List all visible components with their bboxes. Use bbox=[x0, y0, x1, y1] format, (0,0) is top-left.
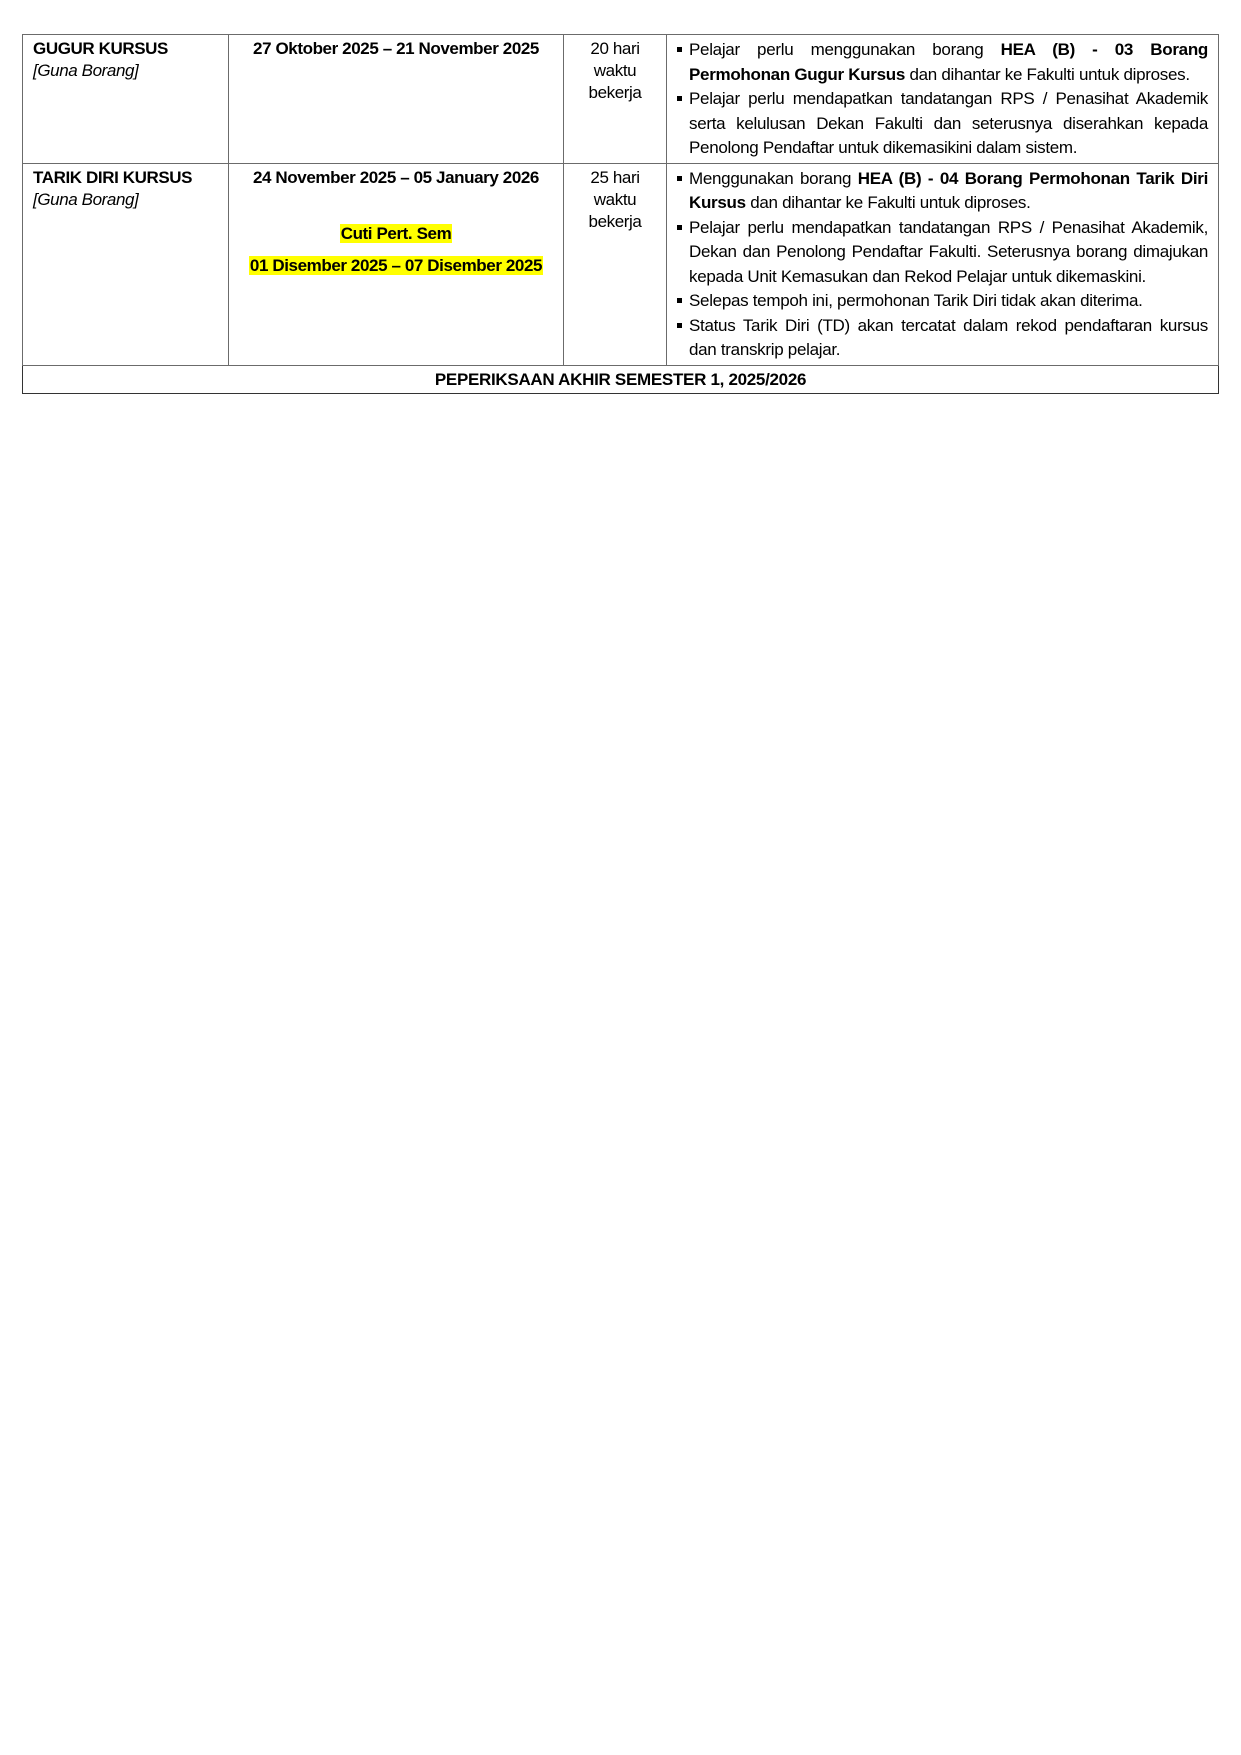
activity-title: TARIK DIRI KURSUS bbox=[33, 167, 218, 189]
activity-note: [Guna Borang] bbox=[33, 189, 218, 211]
activity-title: GUGUR KURSUS bbox=[33, 38, 218, 60]
note-item: Pelajar perlu mendapatkan tandatangan RP… bbox=[677, 87, 1208, 161]
duration-line: waktu bbox=[574, 189, 656, 211]
note-item: Pelajar perlu menggunakan borang HEA (B)… bbox=[677, 38, 1208, 87]
semester-break-range: 01 Disember 2025 – 07 Disember 2025 bbox=[249, 256, 543, 275]
duration-line: 20 hari bbox=[574, 38, 656, 60]
duration-line: bekerja bbox=[574, 211, 656, 233]
table-row: GUGUR KURSUS [Guna Borang] 27 Oktober 20… bbox=[23, 35, 1219, 164]
notes-cell: Pelajar perlu menggunakan borang HEA (B)… bbox=[667, 35, 1219, 164]
note-item: Pelajar perlu mendapatkan tandatangan RP… bbox=[677, 216, 1208, 290]
date-cell: 27 Oktober 2025 – 21 November 2025 bbox=[229, 35, 564, 164]
semester-break-block: Cuti Pert. Sem 01 Disember 2025 – 07 Dis… bbox=[239, 223, 553, 277]
note-item: Menggunakan borang HEA (B) - 04 Borang P… bbox=[677, 167, 1208, 216]
notes-list: Menggunakan borang HEA (B) - 04 Borang P… bbox=[677, 167, 1208, 363]
duration-line: 25 hari bbox=[574, 167, 656, 189]
duration-line: waktu bbox=[574, 60, 656, 82]
note-text: Pelajar perlu mendapatkan tandatangan RP… bbox=[689, 218, 1208, 286]
duration-cell: 25 hari waktu bekerja bbox=[564, 163, 667, 365]
note-text: Status Tarik Diri (TD) akan tercatat dal… bbox=[689, 316, 1208, 360]
note-text: dan dihantar ke Fakulti untuk diproses. bbox=[905, 65, 1190, 84]
note-text: Menggunakan borang bbox=[689, 169, 858, 188]
note-item: Selepas tempoh ini, permohonan Tarik Dir… bbox=[677, 289, 1208, 314]
duration-cell: 20 hari waktu bekerja bbox=[564, 35, 667, 164]
duration-line: bekerja bbox=[574, 82, 656, 104]
date-range: 24 November 2025 – 05 January 2026 bbox=[239, 167, 553, 189]
note-text: Selepas tempoh ini, permohonan Tarik Dir… bbox=[689, 291, 1143, 310]
activity-cell: TARIK DIRI KURSUS [Guna Borang] bbox=[23, 163, 229, 365]
note-item: Status Tarik Diri (TD) akan tercatat dal… bbox=[677, 314, 1208, 363]
note-text: dan dihantar ke Fakulti untuk diproses. bbox=[746, 193, 1031, 212]
note-text: Pelajar perlu mendapatkan tandatangan RP… bbox=[689, 89, 1208, 157]
notes-cell: Menggunakan borang HEA (B) - 04 Borang P… bbox=[667, 163, 1219, 365]
date-range: 27 Oktober 2025 – 21 November 2025 bbox=[239, 38, 553, 60]
notes-list: Pelajar perlu menggunakan borang HEA (B)… bbox=[677, 38, 1208, 161]
activity-cell: GUGUR KURSUS [Guna Borang] bbox=[23, 35, 229, 164]
academic-calendar-table: GUGUR KURSUS [Guna Borang] 27 Oktober 20… bbox=[22, 34, 1219, 394]
activity-note: [Guna Borang] bbox=[33, 60, 218, 82]
section-heading-row: PEPERIKSAAN AKHIR SEMESTER 1, 2025/2026 bbox=[23, 365, 1219, 393]
semester-break-label: Cuti Pert. Sem bbox=[340, 224, 453, 243]
note-text: Pelajar perlu menggunakan borang bbox=[689, 40, 1001, 59]
date-cell: 24 November 2025 – 05 January 2026 Cuti … bbox=[229, 163, 564, 365]
section-heading: PEPERIKSAAN AKHIR SEMESTER 1, 2025/2026 bbox=[23, 365, 1219, 393]
table-row: TARIK DIRI KURSUS [Guna Borang] 24 Novem… bbox=[23, 163, 1219, 365]
